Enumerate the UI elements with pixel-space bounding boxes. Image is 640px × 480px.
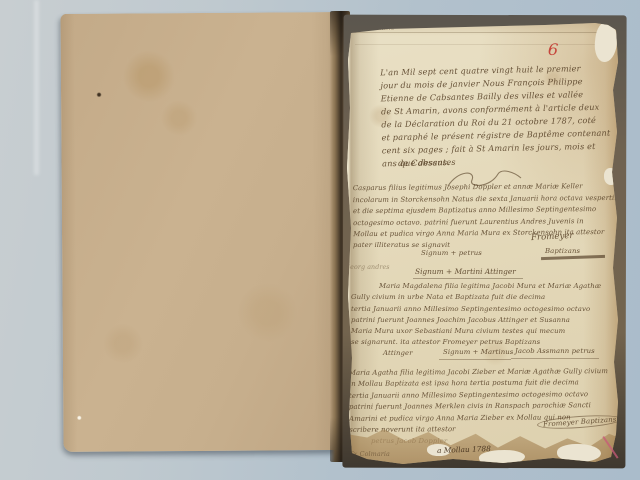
ink-strike — [541, 255, 605, 260]
ruled-line — [355, 44, 605, 45]
manuscript-page: page premiere 6 L'an Mil sept cent quatr… — [345, 20, 623, 466]
entry1-signum-mark: Signum + petrus — [421, 249, 482, 257]
signum-center-mark: Signum + Martini Attinger — [415, 267, 516, 276]
entry1-line-5: Mollau et pudica virgo Anna Maria Mura e… — [353, 227, 623, 241]
entry3-bottom-note: a Mollau 1788 — [437, 444, 491, 455]
baptism-entry-2: Maria Magdalena filia legitima Jacobi Mu… — [351, 281, 601, 349]
ink-underline — [511, 358, 599, 359]
entry2-line-3: tertia Januarii anno Millesimo Septingen… — [351, 304, 601, 315]
entry2-signature-right: Jacob Assmann petrus — [515, 347, 595, 355]
entry2-line-5: Maria Mura uxor Sebastiani Mura civium t… — [351, 326, 601, 337]
entry1-marginal-note: Georg andres — [345, 264, 390, 271]
french-act-paragraph: L'an Mil sept cent quatre vingt huit le … — [380, 62, 611, 158]
ink-underline — [413, 278, 523, 279]
folio-number: 6 — [547, 40, 558, 60]
ink-underline — [439, 359, 511, 360]
baptism-entry-1: Casparus filius legitimus Josephi Dopple… — [353, 181, 624, 241]
entry2-line-2: Gully civium in urbe Nata et Baptizata f… — [351, 292, 601, 303]
entry1-note: pater illiteratus se signavit — [353, 241, 450, 249]
entry2-signature-left: Attinger — [383, 349, 413, 357]
ruled-line — [351, 32, 615, 33]
entry1-baptizans: Baptizans — [545, 247, 580, 255]
scanner-light-streak — [34, 0, 39, 175]
entry2-line-1: Maria Magdalena filia legitima Jacobi Mu… — [351, 281, 601, 292]
archival-scan: page premiere 6 L'an Mil sept cent quatr… — [0, 0, 640, 480]
entry1-attestor-signature: Fromeyer — [531, 231, 574, 243]
entry2-line-4: patrini fuerunt Joannes Joachim Jacobus … — [351, 315, 601, 326]
left-blank-board-page — [60, 12, 340, 452]
entry2-signum-mark: Signum + Martinus — [443, 348, 513, 356]
